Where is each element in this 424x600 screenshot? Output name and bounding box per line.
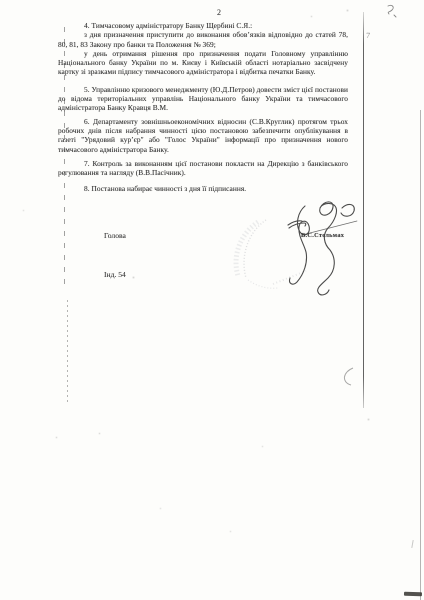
paragraph-item-5: 5. Управлінню кризового менеджменту (Ю.Д… bbox=[58, 85, 348, 113]
document-body: 4. Тимчасовому адміністратору Банку Щерб… bbox=[58, 21, 348, 194]
handwritten-scribble-mark bbox=[383, 3, 399, 19]
paragraph-item-4-sub-1: з дня призначення приступити до виконанн… bbox=[58, 30, 348, 49]
paragraph-item-7: 7. Контроль за виконанням цієї постанови… bbox=[58, 159, 348, 178]
fold-line-lower bbox=[67, 300, 68, 404]
stamp-edge-fragment bbox=[228, 218, 313, 293]
paragraph-item-6: 6. Департаменту зовнішньоекономічних від… bbox=[58, 117, 348, 154]
margin-mark: 7 bbox=[366, 31, 371, 40]
page-edge-line bbox=[420, 110, 421, 600]
corner-ink-dash bbox=[404, 592, 422, 596]
pen-curl-mark bbox=[340, 366, 356, 388]
paragraph-item-4-sub-2: у день отримання рішення про призначення… bbox=[58, 49, 348, 77]
signer-title: Голова bbox=[104, 231, 126, 240]
scanned-document-page: 2 4. Тимчасовому адміністратору Банку Ще… bbox=[0, 0, 424, 600]
paragraph-item-4-heading: 4. Тимчасовому адміністратору Банку Щерб… bbox=[58, 21, 348, 30]
index-note: Інд. 54 bbox=[104, 270, 126, 279]
crease-line bbox=[363, 12, 364, 408]
fold-line-upper bbox=[64, 27, 65, 285]
scan-noise-specks bbox=[0, 0, 1, 1]
page-number: 2 bbox=[213, 8, 225, 17]
small-ink-mark bbox=[411, 540, 413, 548]
